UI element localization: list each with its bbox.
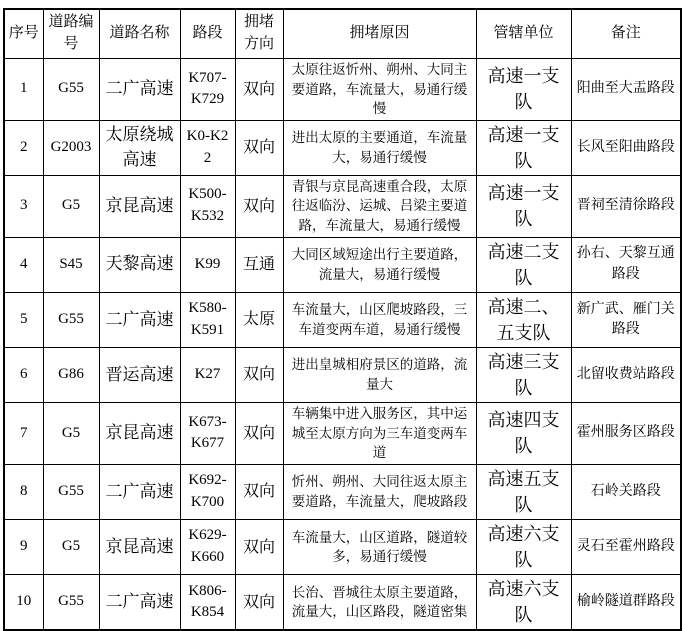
table-row: 3G5京昆高速K500-K532双向青银与京昆高速重合段，太原往返临汾、运城、吕… xyxy=(4,175,681,237)
table-row: 9G5京昆高速K629-K660双向车流量大，山区道路，隧道较多，易通行缓慢高速… xyxy=(4,520,681,575)
cell-serial: 3 xyxy=(4,175,43,237)
cell-unit: 高速一支队 xyxy=(476,120,571,175)
cell-road-no: G55 xyxy=(43,292,99,347)
cell-road-no: G55 xyxy=(43,464,99,519)
cell-section: K99 xyxy=(180,237,235,292)
cell-section: K707-K729 xyxy=(180,59,235,121)
cell-remark: 北留收费站路段 xyxy=(571,347,681,402)
cell-road-no: G5 xyxy=(43,175,99,237)
cell-serial: 6 xyxy=(4,347,43,402)
cell-road-name: 晋运高速 xyxy=(99,347,180,402)
table-row: 7G5京昆高速K673-K677双向车辆集中进入服务区，其中运城至太原方向为三车… xyxy=(4,403,681,465)
cell-road-no: G2003 xyxy=(43,120,99,175)
cell-remark: 新广武、雁门关路段 xyxy=(571,292,681,347)
cell-serial: 9 xyxy=(4,520,43,575)
cell-road-name: 二广高速 xyxy=(99,464,180,519)
cell-road-no: G5 xyxy=(43,403,99,465)
cell-direction: 双向 xyxy=(235,464,283,519)
table-body: 1G55二广高速K707-K729双向太原往返忻州、朔州、大同主要道路，车流量大… xyxy=(4,59,681,631)
cell-remark: 霍州服务区路段 xyxy=(571,403,681,465)
cell-remark: 阳曲至大盂路段 xyxy=(571,59,681,121)
table-row: 1G55二广高速K707-K729双向太原往返忻州、朔州、大同主要道路，车流量大… xyxy=(4,59,681,121)
cell-serial: 4 xyxy=(4,237,43,292)
cell-road-no: G55 xyxy=(43,575,99,631)
table-row: 8G55二广高速K692-K700双向忻州、朔州、大同往返太原主要道路，车流量大… xyxy=(4,464,681,519)
cell-section: K692-K700 xyxy=(180,464,235,519)
cell-road-no: G55 xyxy=(43,59,99,121)
cell-road-no: G5 xyxy=(43,520,99,575)
cell-section: K629-K660 xyxy=(180,520,235,575)
cell-direction: 双向 xyxy=(235,575,283,631)
cell-serial: 7 xyxy=(4,403,43,465)
cell-section: K580-K591 xyxy=(180,292,235,347)
col-header-road-name: 道路名称 xyxy=(99,9,180,59)
cell-section: K27 xyxy=(180,347,235,402)
cell-direction: 太原 xyxy=(235,292,283,347)
cell-direction: 双向 xyxy=(235,403,283,465)
table-row: 6G86晋运高速K27双向进出皇城相府景区的道路，流量大高速三支队北留收费站路段 xyxy=(4,347,681,402)
cell-reason: 车辆集中进入服务区，其中运城至太原方向为三车道变两车道 xyxy=(283,403,476,465)
cell-direction: 双向 xyxy=(235,520,283,575)
cell-direction: 双向 xyxy=(235,120,283,175)
cell-road-name: 太原绕城高速 xyxy=(99,120,180,175)
cell-road-name: 二广高速 xyxy=(99,59,180,121)
cell-remark: 长风至阳曲路段 xyxy=(571,120,681,175)
cell-road-name: 二广高速 xyxy=(99,575,180,631)
cell-section: K806-K854 xyxy=(180,575,235,631)
table-row: 5G55二广高速K580-K591太原车流量大，山区爬坡路段，三车道变两车道，易… xyxy=(4,292,681,347)
col-header-remark: 备注 xyxy=(571,9,681,59)
cell-remark: 灵石至霍州路段 xyxy=(571,520,681,575)
cell-road-name: 二广高速 xyxy=(99,292,180,347)
cell-direction: 双向 xyxy=(235,175,283,237)
table-header: 序号 道路编号 道路名称 路段 拥堵方向 拥堵原因 管辖单位 备注 xyxy=(4,9,681,59)
col-header-road-no: 道路编号 xyxy=(43,9,99,59)
cell-serial: 5 xyxy=(4,292,43,347)
cell-road-name: 京昆高速 xyxy=(99,403,180,465)
cell-serial: 8 xyxy=(4,464,43,519)
cell-road-name: 天黎高速 xyxy=(99,237,180,292)
col-header-unit: 管辖单位 xyxy=(476,9,571,59)
cell-unit: 高速一支队 xyxy=(476,175,571,237)
col-header-section: 路段 xyxy=(180,9,235,59)
table-row: 4S45天黎高速K99互通大同区域短途出行主要道路，流量大，易通行缓慢高速二支队… xyxy=(4,237,681,292)
cell-section: K0-K22 xyxy=(180,120,235,175)
cell-reason: 忻州、朔州、大同往返太原主要道路，车流量大，爬坡路段 xyxy=(283,464,476,519)
cell-direction: 互通 xyxy=(235,237,283,292)
cell-unit: 高速二、五支队 xyxy=(476,292,571,347)
col-header-direction: 拥堵方向 xyxy=(235,9,283,59)
cell-direction: 双向 xyxy=(235,347,283,402)
cell-remark: 石岭关路段 xyxy=(571,464,681,519)
table-row: 10G55二广高速K806-K854双向长治、晋城往太原主要道路，流量大，山区路… xyxy=(4,575,681,631)
cell-reason: 进出太原的主要通道，车流量大，易通行缓慢 xyxy=(283,120,476,175)
cell-road-no: S45 xyxy=(43,237,99,292)
cell-reason: 太原往返忻州、朔州、大同主要道路，车流量大，易通行缓慢 xyxy=(283,59,476,121)
cell-unit: 高速四支队 xyxy=(476,403,571,465)
cell-reason: 进出皇城相府景区的道路，流量大 xyxy=(283,347,476,402)
col-header-serial: 序号 xyxy=(4,9,43,59)
cell-reason: 长治、晋城往太原主要道路，流量大，山区路段，隧道密集 xyxy=(283,575,476,631)
cell-reason: 大同区域短途出行主要道路，流量大，易通行缓慢 xyxy=(283,237,476,292)
cell-road-no: G86 xyxy=(43,347,99,402)
col-header-reason: 拥堵原因 xyxy=(283,9,476,59)
cell-serial: 1 xyxy=(4,59,43,121)
cell-unit: 高速二支队 xyxy=(476,237,571,292)
cell-remark: 榆岭隧道群路段 xyxy=(571,575,681,631)
cell-road-name: 京昆高速 xyxy=(99,175,180,237)
table-row: 2G2003太原绕城高速K0-K22双向进出太原的主要通道，车流量大，易通行缓慢… xyxy=(4,120,681,175)
cell-reason: 车流量大，山区爬坡路段，三车道变两车道，易通行缓慢 xyxy=(283,292,476,347)
cell-road-name: 京昆高速 xyxy=(99,520,180,575)
cell-direction: 双向 xyxy=(235,59,283,121)
cell-unit: 高速三支队 xyxy=(476,347,571,402)
cell-unit: 高速六支队 xyxy=(476,520,571,575)
header-row: 序号 道路编号 道路名称 路段 拥堵方向 拥堵原因 管辖单位 备注 xyxy=(4,9,681,59)
cell-unit: 高速一支队 xyxy=(476,59,571,121)
cell-serial: 10 xyxy=(4,575,43,631)
cell-serial: 2 xyxy=(4,120,43,175)
cell-reason: 车流量大，山区道路，隧道较多，易通行缓慢 xyxy=(283,520,476,575)
cell-remark: 晋祠至清徐路段 xyxy=(571,175,681,237)
congestion-table: 序号 道路编号 道路名称 路段 拥堵方向 拥堵原因 管辖单位 备注 1G55二广… xyxy=(3,8,682,631)
cell-unit: 高速六支队 xyxy=(476,575,571,631)
cell-unit: 高速五支队 xyxy=(476,464,571,519)
cell-section: K500-K532 xyxy=(180,175,235,237)
cell-section: K673-K677 xyxy=(180,403,235,465)
cell-remark: 孙右、天黎互通路段 xyxy=(571,237,681,292)
cell-reason: 青银与京昆高速重合段，太原往返临汾、运城、吕梁主要道路，车流量大，易通行缓慢 xyxy=(283,175,476,237)
